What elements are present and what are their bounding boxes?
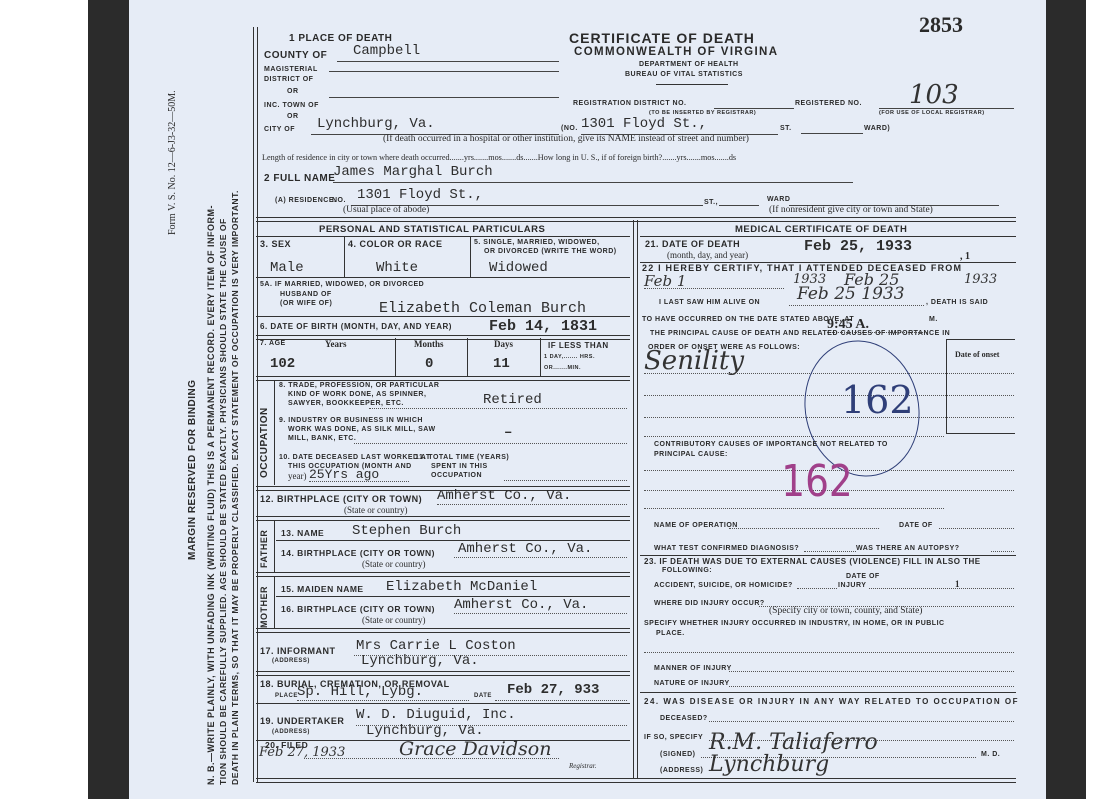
father-name-value[interactable]: Stephen Burch bbox=[352, 523, 461, 539]
rule bbox=[274, 576, 275, 628]
street-no-value: 1301 Floyd St., bbox=[581, 116, 707, 132]
dod-note: (month, day, and year) bbox=[667, 250, 748, 260]
last-saw-label: I LAST SAW HIM ALIVE ON bbox=[659, 299, 760, 306]
external-causes-label-2: FOLLOWING: bbox=[662, 567, 712, 574]
accident-label: ACCIDENT, SUICIDE, OR HOMICIDE? bbox=[654, 582, 793, 589]
industry-value: – bbox=[504, 425, 512, 441]
marital-value[interactable]: Widowed bbox=[489, 260, 548, 276]
if-so-label: IF SO, SPECIFY bbox=[644, 734, 703, 741]
date-of-onset-label: Date of onset bbox=[955, 350, 999, 359]
days-label: Days bbox=[494, 339, 513, 349]
magisterial-label: MAGISTERIAL bbox=[264, 66, 318, 73]
street-no-label: (NO. bbox=[561, 125, 578, 132]
operation-date-label: DATE OF bbox=[899, 522, 933, 529]
or-2: OR bbox=[287, 113, 299, 120]
registration-district-label: REGISTRATION DISTRICT NO. bbox=[573, 100, 686, 107]
years-label: Years bbox=[325, 339, 347, 349]
dob-value[interactable]: Feb 14, 1831 bbox=[489, 318, 597, 335]
father-name-label: 13. NAME bbox=[281, 528, 324, 538]
physician-address-value[interactable]: Lynchburg bbox=[709, 752, 829, 777]
nonresident-note: (If nonresident give city or town and St… bbox=[769, 205, 933, 215]
manner-label: MANNER OF INJURY bbox=[654, 665, 732, 672]
mother-birthplace-value: Amherst Co., Va. bbox=[454, 597, 588, 613]
city-value: Lynchburg, Va. bbox=[317, 116, 435, 132]
residence-label: (A) RESIDENCE. bbox=[275, 197, 336, 204]
operation-date-field[interactable] bbox=[939, 528, 1014, 529]
specify-field[interactable] bbox=[644, 652, 1014, 653]
dod-suffix: , 1 bbox=[960, 251, 970, 262]
birthplace-value: Amherst Co., Va. bbox=[437, 488, 571, 504]
margin-reserved-text: MARGIN RESERVED FOR BINDING bbox=[187, 379, 198, 560]
father-side-label: FATHER bbox=[259, 530, 269, 568]
undertaker-value: W. D. Diuguid, Inc. bbox=[356, 707, 516, 723]
county-value: Campbell bbox=[353, 43, 420, 59]
mother-name-label: 15. MAIDEN NAME bbox=[281, 584, 364, 594]
spouse-label-3: (OR WIFE OF) bbox=[280, 300, 332, 307]
registrar-label: Registrar. bbox=[569, 762, 596, 770]
autopsy-field[interactable] bbox=[991, 551, 1014, 552]
rule bbox=[256, 628, 630, 633]
total-time-label-1: 11. TOTAL TIME (YEARS) bbox=[415, 454, 509, 461]
city-label: CITY OF bbox=[264, 126, 295, 133]
birthplace-field[interactable]: Amherst Co., Va. bbox=[437, 493, 627, 505]
ward-field[interactable] bbox=[801, 125, 863, 134]
occupation-related-field[interactable] bbox=[709, 721, 1014, 722]
total-time-label-2: SPENT IN THIS bbox=[431, 463, 488, 470]
less-than-label-3: OR.......MIN. bbox=[544, 365, 581, 371]
undertaker-address-label: (ADDRESS) bbox=[272, 729, 310, 735]
street-no-field[interactable]: 1301 Floyd St., bbox=[581, 119, 778, 135]
street-label: ST. bbox=[780, 125, 792, 132]
operation-label: NAME OF OPERATION bbox=[654, 522, 738, 529]
residence-st-label: ST., bbox=[704, 199, 718, 206]
dod-value[interactable]: Feb 25, 1933 bbox=[804, 238, 912, 255]
town-label: INC. TOWN OF bbox=[264, 102, 319, 109]
scan-border-left bbox=[88, 0, 129, 799]
contributory-line-3[interactable] bbox=[644, 508, 944, 509]
father-birthplace-value: Amherst Co., Va. bbox=[458, 541, 592, 557]
burial-date-label: DATE bbox=[474, 693, 492, 699]
trade-label-1: 8. TRADE, PROFESSION, OR PARTICULAR bbox=[279, 382, 440, 389]
district-label: DISTRICT OF bbox=[264, 76, 313, 83]
occupation-related-label-1: 24. WAS DISEASE OR INJURY IN ANY WAY REL… bbox=[644, 697, 1019, 706]
accident-field[interactable] bbox=[797, 588, 837, 589]
dob-label: 6. DATE OF BIRTH (month, day, and year) bbox=[260, 322, 452, 331]
registration-district-field[interactable] bbox=[714, 98, 794, 109]
less-than-label-1: IF LESS THAN bbox=[548, 341, 609, 350]
father-birthplace-note: (State or country) bbox=[362, 559, 425, 569]
specify-label-2: PLACE. bbox=[656, 630, 685, 637]
last-worked-label-1: 10. DATE DECEASED LAST WORKED AT bbox=[279, 454, 431, 461]
mother-birthplace-note: (State or country) bbox=[362, 615, 425, 625]
certificate-number: 2853 bbox=[919, 12, 963, 38]
rule bbox=[640, 236, 1016, 237]
dod-label: 21. DATE OF DEATH bbox=[645, 239, 740, 249]
rule bbox=[344, 237, 345, 277]
total-time-label-3: OCCUPATION bbox=[431, 472, 482, 479]
last-saw-field[interactable] bbox=[789, 305, 924, 306]
age-label: 7. AGE bbox=[260, 340, 286, 347]
last-worked-field[interactable]: 25Yrs ago bbox=[309, 472, 409, 482]
last-worked-label-3: year) bbox=[288, 471, 306, 481]
trade-label-2: KIND OF WORK DONE, AS SPINNER, bbox=[288, 391, 426, 398]
state-title: COMMONWEALTH OF VIRGINA bbox=[574, 46, 778, 58]
or-1: OR bbox=[287, 88, 299, 95]
total-time-field[interactable] bbox=[504, 472, 627, 481]
time-suffix: M. bbox=[929, 316, 938, 323]
city-field[interactable]: Lynchburg, Va. bbox=[311, 119, 559, 135]
registered-no-label: REGISTERED NO. bbox=[795, 100, 862, 107]
burial-date-value: Feb 27, 933 bbox=[507, 682, 599, 698]
form-border-bottom bbox=[256, 778, 1016, 783]
contributory-label-2: PRINCIPAL CAUSE: bbox=[654, 451, 728, 458]
purple-code-value: 162 bbox=[781, 456, 852, 507]
last-saw-value: Feb 25 1933 bbox=[797, 284, 905, 304]
rule bbox=[467, 338, 468, 376]
rule bbox=[274, 520, 275, 572]
father-birthplace-field[interactable]: Amherst Co., Va. bbox=[454, 546, 627, 558]
injury-date-suffix: 1 bbox=[955, 579, 960, 589]
residence-note: (Usual place of abode) bbox=[343, 205, 429, 215]
contributory-label-1: CONTRIBUTORY CAUSES OF IMPORTANCE NOT RE… bbox=[654, 441, 888, 448]
less-than-label-2: 1 DAY,....... HRS. bbox=[544, 354, 595, 360]
injury-date-field[interactable] bbox=[869, 588, 1014, 589]
full-name-label: 2 FULL NAME bbox=[264, 173, 335, 184]
residence-no-label: NO. bbox=[332, 197, 346, 204]
scan-border-right bbox=[1046, 0, 1086, 799]
town-field[interactable] bbox=[329, 97, 559, 98]
residence-length-line: Length of residence in city or town wher… bbox=[262, 153, 736, 162]
registrar-signature[interactable]: Grace Davidson bbox=[399, 738, 551, 760]
residence-ward-no-field[interactable] bbox=[719, 196, 759, 206]
age-months-value[interactable]: 0 bbox=[425, 356, 433, 372]
rule bbox=[256, 671, 630, 676]
burial-place-value: Sp. Hill, Lybg. bbox=[297, 684, 423, 700]
rule bbox=[395, 338, 396, 376]
rule bbox=[256, 376, 630, 381]
nb-line-3: DEATH IN PLAIN TERMS, SO THAT IT MAY BE … bbox=[230, 190, 240, 785]
medical-section-title: MEDICAL CERTIFICATE OF DEATH bbox=[735, 224, 907, 235]
spouse-label-2: HUSBAND OF bbox=[280, 291, 332, 298]
physician-address-label: (ADDRESS) bbox=[660, 767, 703, 774]
attended-to-year[interactable]: 1933 bbox=[964, 272, 997, 287]
industry-label-2: WORK WAS DONE, AS SILK MILL, SAW bbox=[288, 426, 436, 433]
burial-place-label: PLACE bbox=[275, 693, 298, 699]
manner-field[interactable] bbox=[729, 671, 1014, 672]
where-injury-note: (Specify city or town, county, and State… bbox=[769, 606, 922, 616]
nb-line-1: N. B.—WRITE PLAINLY, WITH UNFADING INK (… bbox=[206, 205, 216, 785]
registered-no-field[interactable]: 103 bbox=[879, 98, 1014, 109]
injury-date-label: INJURY bbox=[838, 582, 866, 589]
rule bbox=[256, 277, 630, 278]
registered-no-value: 103 bbox=[909, 80, 959, 110]
spouse-label-1: 5A. IF MARRIED, WIDOWED, OR DIVORCED bbox=[260, 281, 424, 288]
personal-section-title: PERSONAL AND STATISTICAL PARTICULARS bbox=[319, 224, 545, 235]
industry-label-3: MILL, BANK, ETC. bbox=[288, 435, 356, 442]
mother-birthplace-field[interactable]: Amherst Co., Va. bbox=[454, 602, 627, 614]
specify-label-1: SPECIFY WHETHER INJURY OCCURRED IN INDUS… bbox=[644, 620, 945, 627]
column-divider bbox=[633, 220, 638, 778]
spouse-value[interactable]: Elizabeth Coleman Burch bbox=[379, 300, 586, 317]
informant-value: Mrs Carrie L Coston bbox=[356, 638, 516, 654]
burial-place-field[interactable]: Sp. Hill, Lybg. bbox=[297, 688, 469, 701]
residence-ward-label: WARD bbox=[767, 196, 790, 203]
residence-value: 1301 Floyd St., bbox=[357, 187, 483, 203]
death-certificate: Form V. S. No. 12—6-J3-32—50M. MARGIN RE… bbox=[129, 0, 1046, 799]
trade-value: Retired bbox=[483, 392, 542, 408]
bureau-title: BUREAU OF VITAL STATISTICS bbox=[625, 71, 743, 78]
nature-field[interactable] bbox=[729, 686, 1014, 687]
rule bbox=[640, 692, 1016, 693]
marital-label-2: OR DIVORCED (write the word) bbox=[484, 248, 617, 255]
external-causes-label-1: 23. IF DEATH WAS DUE TO EXTERNAL CAUSES … bbox=[644, 557, 981, 566]
md-label: M. D. bbox=[981, 751, 1000, 758]
sex-value[interactable]: Male bbox=[270, 260, 304, 276]
form-number: Form V. S. No. 12—6-J3-32—50M. bbox=[167, 90, 178, 235]
principal-cause-label-1: THE PRINCIPAL CAUSE OF DEATH AND RELATED… bbox=[650, 330, 950, 337]
nature-label: NATURE OF INJURY bbox=[654, 680, 730, 687]
race-label: 4. COLOR OR RACE bbox=[348, 239, 443, 249]
last-worked-value: 25Yrs ago bbox=[309, 467, 379, 482]
nb-line-2: TION SHOULD BE CAREFULLY SUPPLIED. AGE S… bbox=[218, 218, 228, 785]
marital-label-1: 5. SINGLE, MARRIED, WIDOWED, bbox=[474, 239, 600, 246]
hospital-note: (If death occurred in a hospital or othe… bbox=[383, 134, 749, 144]
operation-field[interactable] bbox=[729, 528, 879, 529]
age-years-value[interactable]: 102 bbox=[270, 356, 295, 372]
autopsy-label: WAS THERE AN AUTOPSY? bbox=[856, 545, 960, 552]
date-of-injury-label-top: DATE OF bbox=[846, 573, 880, 580]
form-border-left bbox=[253, 27, 258, 782]
department-title: DEPARTMENT OF HEALTH bbox=[639, 61, 739, 68]
occupation-side-label: OCCUPATION bbox=[259, 407, 270, 478]
sex-label: 3. SEX bbox=[260, 239, 291, 249]
burial-date-field[interactable]: Feb 27, 933 bbox=[495, 688, 627, 701]
informant-address-value[interactable]: Lynchburg, Va. bbox=[361, 653, 479, 669]
circled-code-value: 162 bbox=[841, 378, 914, 422]
header-rule bbox=[656, 84, 728, 85]
full-name-value: James Marghal Burch bbox=[333, 164, 493, 180]
informant-address-label: (ADDRESS) bbox=[272, 658, 310, 664]
registered-no-note: (FOR USE OF LOCAL REGISTRAR) bbox=[879, 110, 985, 116]
birthplace-note: (State or country) bbox=[344, 505, 407, 515]
industry-label-1: 9. INDUSTRY OR BUSINESS IN WHICH bbox=[279, 417, 423, 424]
occurred-label: TO HAVE OCCURRED ON THE DATE STATED ABOV… bbox=[642, 316, 854, 323]
informant-label: 17. INFORMANT bbox=[260, 646, 336, 656]
rule bbox=[256, 516, 630, 521]
signed-label: (SIGNED) bbox=[660, 751, 696, 758]
undertaker-address-value[interactable]: Lynchburg, Va. bbox=[366, 723, 484, 739]
test-field[interactable] bbox=[804, 551, 856, 552]
mother-side-label: MOTHER bbox=[259, 586, 269, 628]
age-days-value[interactable]: 11 bbox=[493, 356, 510, 372]
county-label: COUNTY OF bbox=[264, 50, 327, 61]
ward-label: WARD) bbox=[864, 125, 890, 132]
rule bbox=[256, 316, 630, 317]
rule bbox=[256, 572, 630, 577]
cause-of-death-value[interactable]: Senility bbox=[644, 346, 744, 376]
rule bbox=[274, 380, 275, 485]
months-label: Months bbox=[414, 339, 444, 349]
attended-from-line bbox=[644, 288, 784, 289]
certificate-title: CERTIFICATE OF DEATH bbox=[569, 30, 755, 46]
rule bbox=[470, 237, 471, 277]
rule bbox=[256, 236, 630, 237]
death-said-label: , DEATH IS SAID bbox=[926, 299, 988, 306]
father-birthplace-label: 14. BIRTHPLACE (city or town) bbox=[281, 548, 435, 558]
mother-name-value[interactable]: Elizabeth McDaniel bbox=[386, 579, 537, 595]
trade-field[interactable]: Retired bbox=[369, 398, 627, 409]
where-injury-label: WHERE DID INJURY OCCUR? bbox=[654, 600, 765, 607]
residence-field[interactable]: 1301 Floyd St., bbox=[351, 190, 703, 206]
mother-birthplace-label: 16. BIRTHPLACE (city or town) bbox=[281, 604, 435, 614]
industry-field[interactable]: – bbox=[354, 435, 627, 444]
occupation-related-label-2: DECEASED? bbox=[660, 715, 708, 722]
birthplace-label: 12. BIRTHPLACE (city or town) bbox=[260, 494, 422, 504]
undertaker-label: 19. UNDERTAKER bbox=[260, 716, 344, 726]
county-field[interactable]: Campbell bbox=[337, 46, 559, 62]
full-name-field[interactable]: James Marghal Burch bbox=[333, 166, 853, 183]
rule bbox=[540, 338, 541, 376]
rule bbox=[256, 703, 630, 704]
test-label: WHAT TEST CONFIRMED DIAGNOSIS? bbox=[654, 545, 799, 552]
race-value[interactable]: White bbox=[376, 260, 418, 276]
district-field[interactable] bbox=[329, 71, 559, 72]
rule bbox=[640, 555, 1016, 556]
